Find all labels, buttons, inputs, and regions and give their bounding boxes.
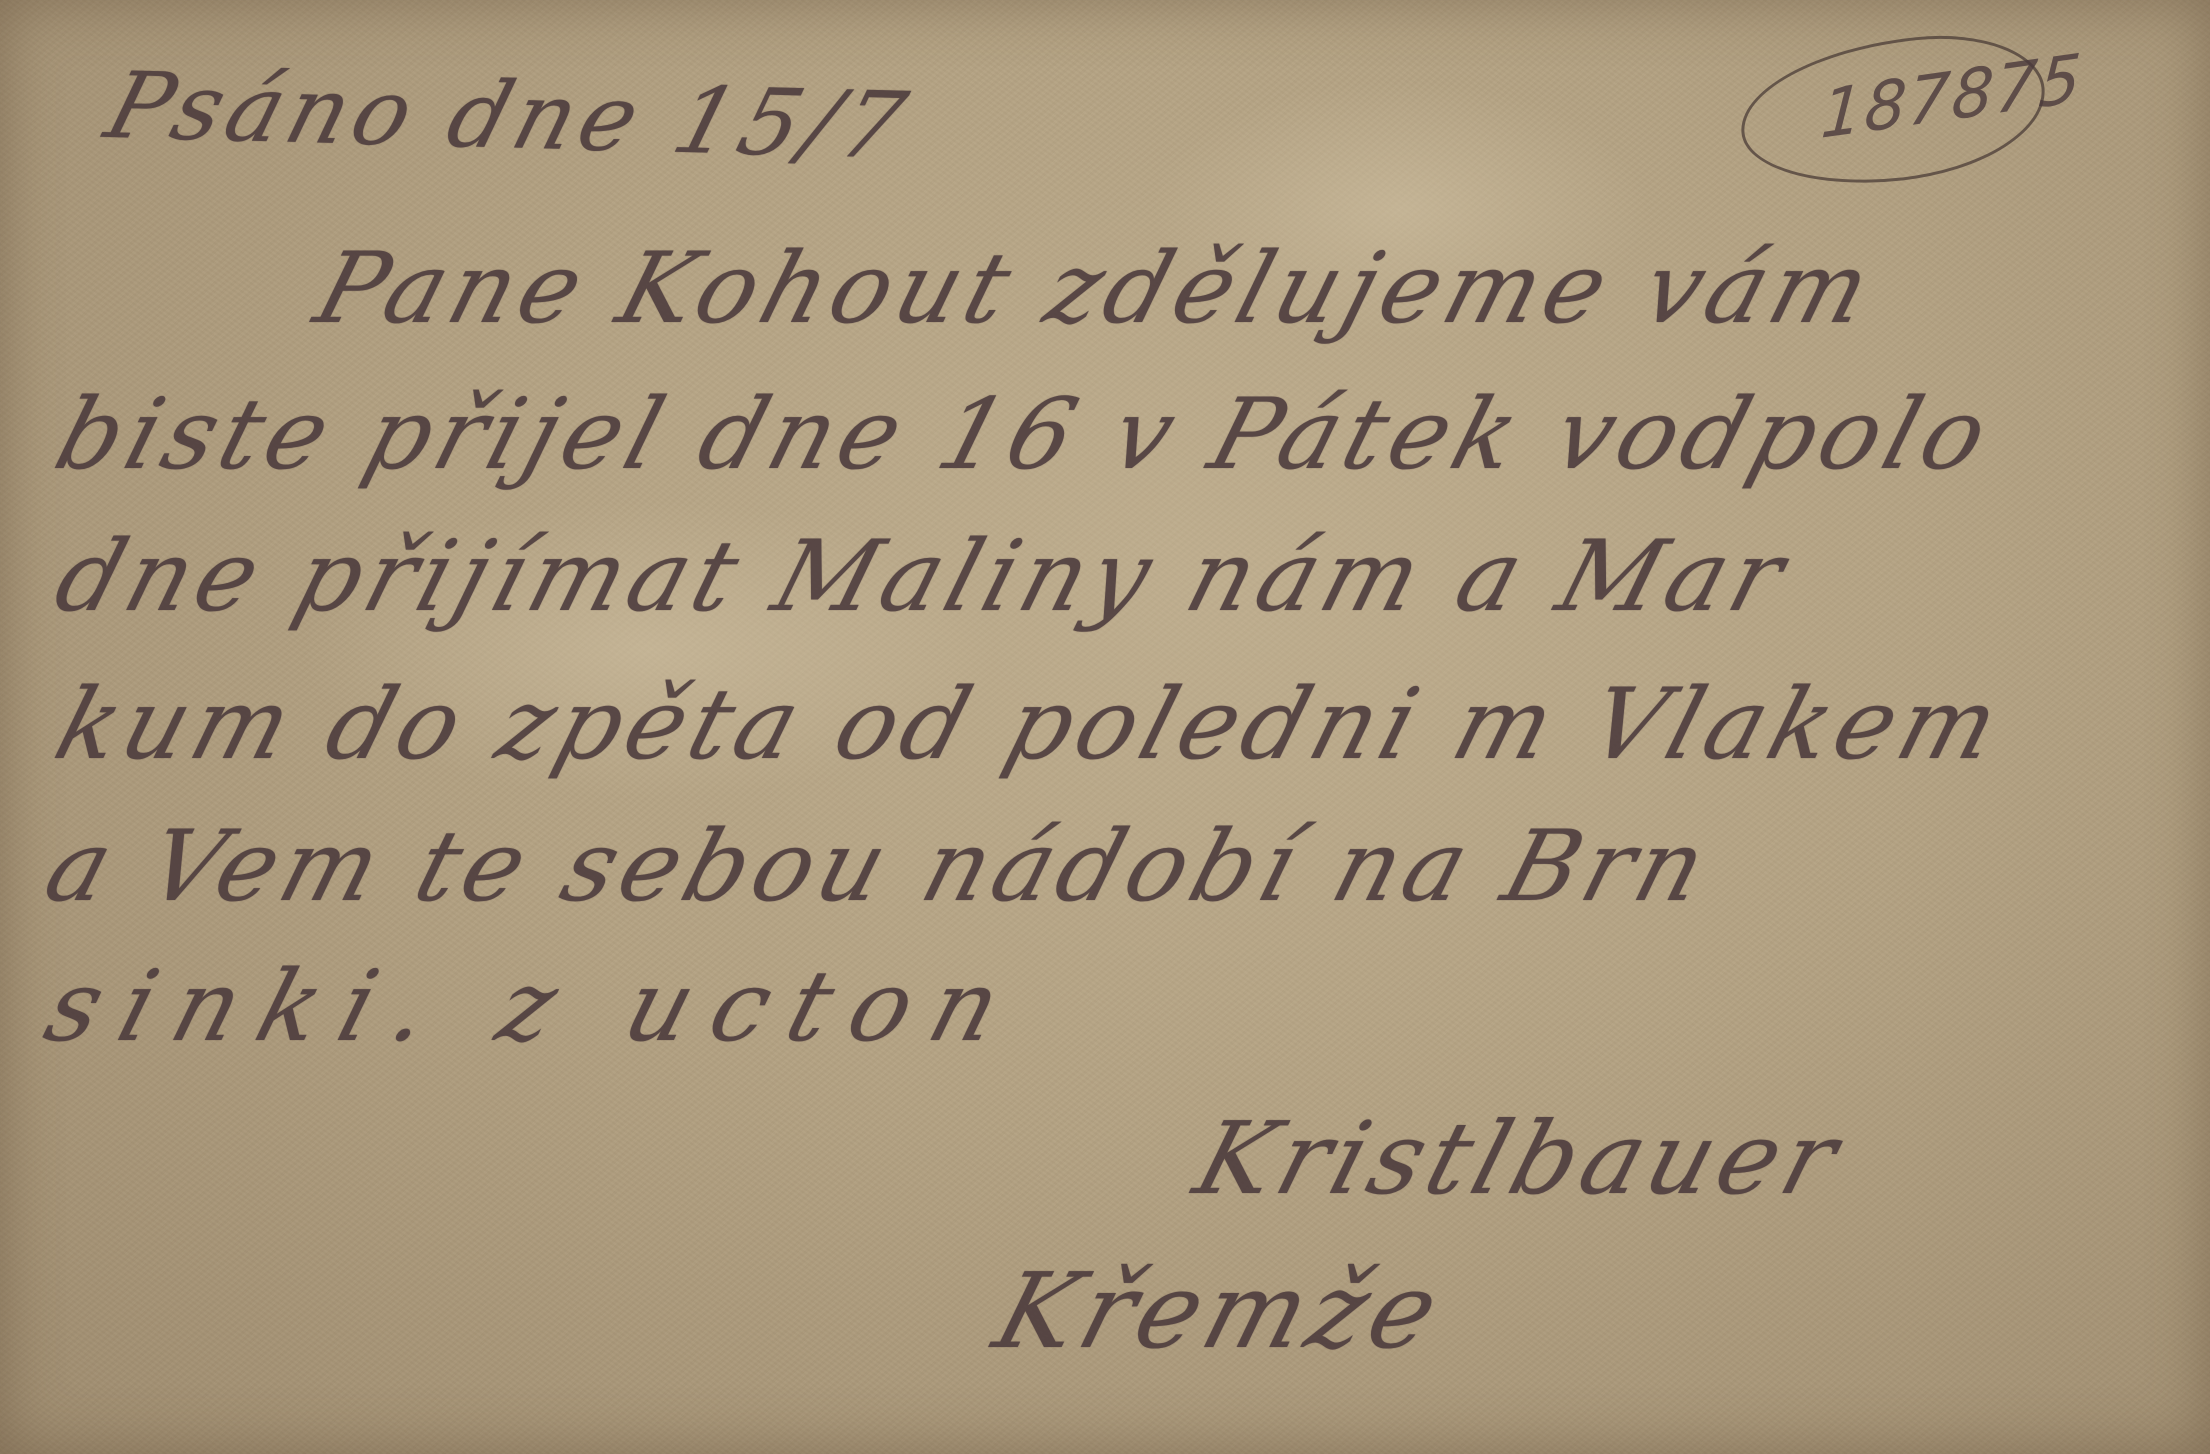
postcard: 187875 Psáno dne 15/7 Pane Kohout zděluj…: [0, 0, 2210, 1454]
signature-place: Křemže: [983, 1250, 1458, 1372]
body-line-5: a Vem te sebou nádobí na Brn: [34, 810, 1724, 924]
body-line-3: dne přijímat Maliny nám a Mar: [44, 520, 1802, 634]
body-line-2: biste přijel dne 16 v Pátek vodpolo: [44, 378, 2006, 492]
body-line-4: kum do zpěta od poledni m Vlakem: [44, 668, 2017, 782]
signature-name: Kristlbauer: [1183, 1100, 1856, 1217]
date-header: Psáno dne 15/7: [95, 52, 922, 179]
body-line-1: Pane Kohout zdělujeme vám: [304, 232, 1888, 346]
body-line-6: sinki. z ucton: [34, 950, 1035, 1064]
